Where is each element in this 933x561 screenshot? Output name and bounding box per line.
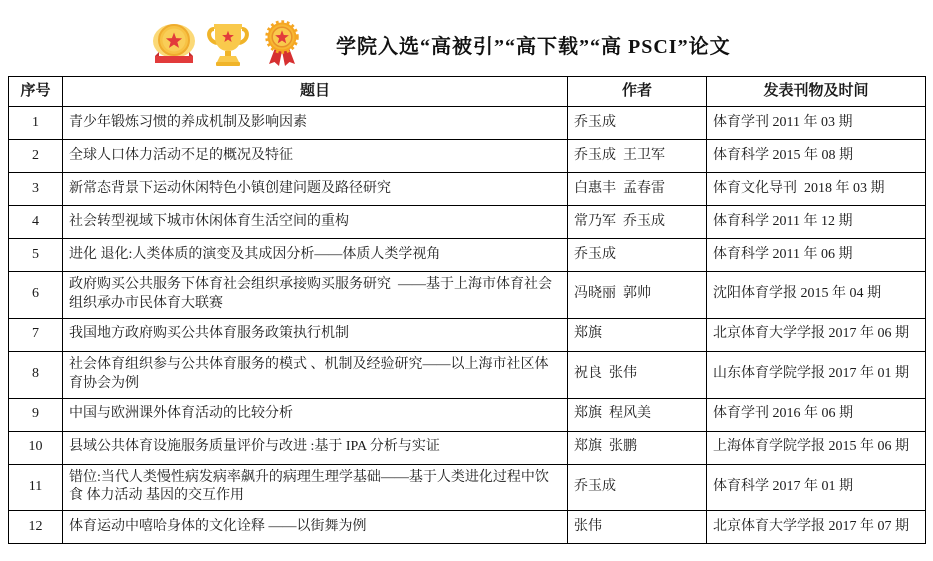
row-number-cell: 4 [9, 206, 63, 239]
row-number-cell: 2 [9, 140, 63, 173]
papers-table: 序号 题目 作者 发表刊物及时间 1青少年锻炼习惯的养成机制及影响因素乔玉成体育… [8, 76, 926, 544]
paper-title-cell: 新常态背景下运动休闲特色小镇创建问题及路径研究 [63, 173, 568, 206]
authors-cell: 张伟 [568, 511, 707, 544]
authors-cell: 乔玉成 [568, 107, 707, 140]
row-number-cell: 5 [9, 239, 63, 272]
publication-cell: 山东体育学院学报 2017 年 01 期 [707, 351, 926, 398]
trophy-icon [204, 19, 252, 69]
paper-title-cell: 社会转型视域下城市休闲体育生活空间的重构 [63, 206, 568, 239]
paper-title-cell: 县域公共体育设施服务质量评价与改进 :基于 IPA 分析与实证 [63, 431, 568, 464]
paper-title-cell: 错位:当代人类慢性病发病率飙升的病理生理学基础——基于人类进化过程中饮食 体力活… [63, 464, 568, 511]
publication-cell: 北京体育大学学报 2017 年 07 期 [707, 511, 926, 544]
authors-cell: 冯晓丽 郭帅 [568, 272, 707, 319]
paper-title-cell: 政府购买公共服务下体育社会组织承接购买服务研究 ——基于上海市体育社会组织承办市… [63, 272, 568, 319]
publication-cell: 体育学刊 2011 年 03 期 [707, 107, 926, 140]
row-number-cell: 3 [9, 173, 63, 206]
authors-cell: 乔玉成 [568, 464, 707, 511]
table-header-row: 序号 题目 作者 发表刊物及时间 [9, 77, 926, 107]
table-row: 10县域公共体育设施服务质量评价与改进 :基于 IPA 分析与实证郑旗 张鹏上海… [9, 431, 926, 464]
row-number-cell: 11 [9, 464, 63, 511]
authors-cell: 祝良 张伟 [568, 351, 707, 398]
authors-cell: 郑旗 [568, 318, 707, 351]
award-icons [150, 18, 306, 70]
table-row: 6政府购买公共服务下体育社会组织承接购买服务研究 ——基于上海市体育社会组织承办… [9, 272, 926, 319]
row-number-cell: 9 [9, 398, 63, 431]
paper-title-cell: 中国与欧洲课外体育活动的比较分析 [63, 398, 568, 431]
publication-cell: 北京体育大学学报 2017 年 06 期 [707, 318, 926, 351]
authors-cell: 乔玉成 [568, 239, 707, 272]
paper-title-cell: 体育运动中嘻哈身体的文化诠释 ——以街舞为例 [63, 511, 568, 544]
table-body: 1青少年锻炼习惯的养成机制及影响因素乔玉成体育学刊 2011 年 03 期2全球… [9, 107, 926, 544]
row-number-cell: 7 [9, 318, 63, 351]
publication-cell: 体育科学 2011 年 06 期 [707, 239, 926, 272]
paper-title-cell: 我国地方政府购买公共体育服务政策执行机制 [63, 318, 568, 351]
publication-cell: 体育科学 2011 年 12 期 [707, 206, 926, 239]
page-title: 学院入选“高被引”“高下载”“高 PSCI”论文 [336, 30, 731, 59]
row-number-cell: 12 [9, 511, 63, 544]
table-row: 12体育运动中嘻哈身体的文化诠释 ——以街舞为例张伟北京体育大学学报 2017 … [9, 511, 926, 544]
publication-cell: 沈阳体育学报 2015 年 04 期 [707, 272, 926, 319]
authors-cell: 郑旗 程风美 [568, 398, 707, 431]
authors-cell: 乔玉成 王卫军 [568, 140, 707, 173]
header-title: 题目 [63, 77, 568, 107]
medal-icon [150, 19, 198, 69]
authors-cell: 白惠丰 孟春雷 [568, 173, 707, 206]
publication-cell: 体育科学 2015 年 08 期 [707, 140, 926, 173]
table-row: 4社会转型视域下城市休闲体育生活空间的重构常乃军 乔玉成体育科学 2011 年 … [9, 206, 926, 239]
publication-cell: 体育学刊 2016 年 06 期 [707, 398, 926, 431]
paper-title-cell: 进化 退化:人类体质的演变及其成因分析——体质人类学视角 [63, 239, 568, 272]
page-header: 学院入选“高被引”“高下载”“高 PSCI”论文 [0, 0, 933, 76]
header-no: 序号 [9, 77, 63, 107]
paper-title-cell: 社会体育组织参与公共体育服务的模式 、机制及经验研究——以上海市社区体育协会为例 [63, 351, 568, 398]
paper-title-cell: 全球人口体力活动不足的概况及特征 [63, 140, 568, 173]
table-row: 3新常态背景下运动休闲特色小镇创建问题及路径研究白惠丰 孟春雷体育文化导刊 20… [9, 173, 926, 206]
paper-title-cell: 青少年锻炼习惯的养成机制及影响因素 [63, 107, 568, 140]
table-row: 8社会体育组织参与公共体育服务的模式 、机制及经验研究——以上海市社区体育协会为… [9, 351, 926, 398]
table-row: 9中国与欧洲课外体育活动的比较分析郑旗 程风美体育学刊 2016 年 06 期 [9, 398, 926, 431]
row-number-cell: 8 [9, 351, 63, 398]
publication-cell: 体育科学 2017 年 01 期 [707, 464, 926, 511]
rosette-icon [258, 18, 306, 70]
header-authors: 作者 [568, 77, 707, 107]
table-row: 2全球人口体力活动不足的概况及特征乔玉成 王卫军体育科学 2015 年 08 期 [9, 140, 926, 173]
table-row: 5进化 退化:人类体质的演变及其成因分析——体质人类学视角乔玉成体育科学 201… [9, 239, 926, 272]
row-number-cell: 10 [9, 431, 63, 464]
publication-cell: 上海体育学院学报 2015 年 06 期 [707, 431, 926, 464]
table-row: 11错位:当代人类慢性病发病率飙升的病理生理学基础——基于人类进化过程中饮食 体… [9, 464, 926, 511]
row-number-cell: 1 [9, 107, 63, 140]
table-row: 7我国地方政府购买公共体育服务政策执行机制郑旗北京体育大学学报 2017 年 0… [9, 318, 926, 351]
row-number-cell: 6 [9, 272, 63, 319]
authors-cell: 常乃军 乔玉成 [568, 206, 707, 239]
publication-cell: 体育文化导刊 2018 年 03 期 [707, 173, 926, 206]
table-row: 1青少年锻炼习惯的养成机制及影响因素乔玉成体育学刊 2011 年 03 期 [9, 107, 926, 140]
header-publication: 发表刊物及时间 [707, 77, 926, 107]
authors-cell: 郑旗 张鹏 [568, 431, 707, 464]
